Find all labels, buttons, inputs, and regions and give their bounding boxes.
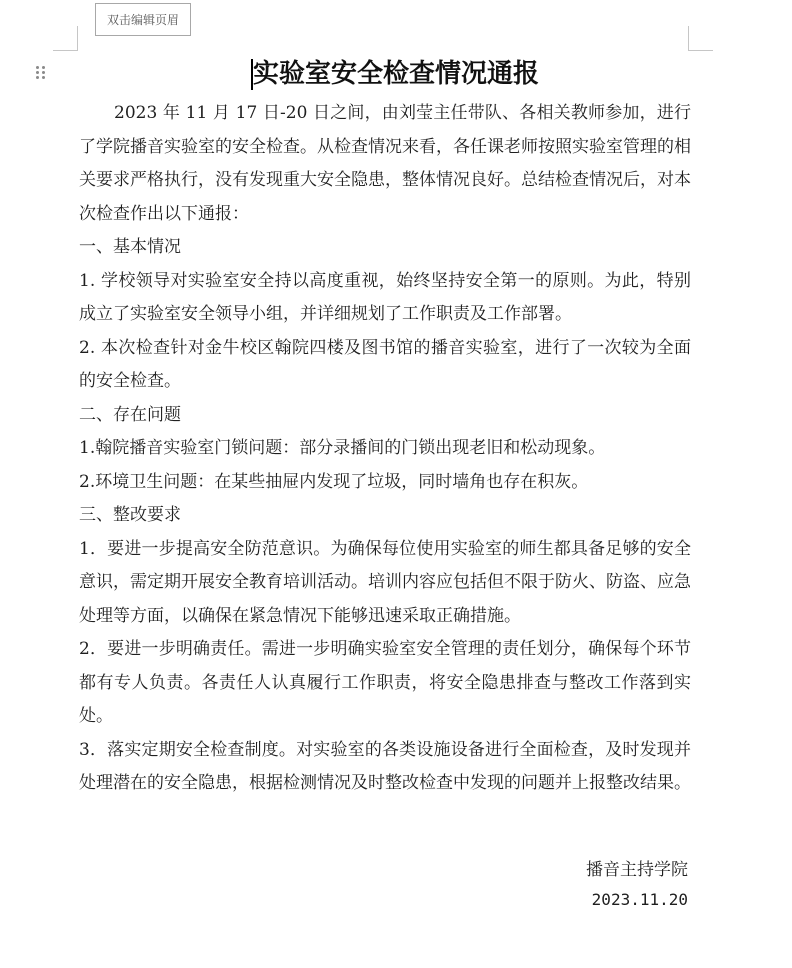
list-item[interactable]: 1.翰院播音实验室门锁问题：部分录播间的门锁出现老旧和松动现象。 [79,432,691,466]
margin-corner-top-left [53,26,78,51]
list-item[interactable]: 1．要进一步提高安全防范意识。为确保每位使用实验室的师生都具备足够的安全意识，需… [79,533,691,634]
signature-date[interactable]: 2023.11.20 [592,890,688,909]
edit-header-button[interactable]: 双击编辑页眉 [95,3,191,36]
section-heading[interactable]: 一、基本情况 [79,231,691,265]
margin-corner-top-right [688,26,713,51]
text-cursor [251,59,253,90]
list-item[interactable]: 1. 学校领导对实验室安全持以高度重视，始终坚持安全第一的原则。为此，特别成立了… [79,265,691,332]
document-title[interactable]: 实验室安全检查情况通报 [253,59,539,89]
document-title-line[interactable]: 实验室安全检查情况通报 [0,55,792,93]
document-body[interactable]: 2023 年 11 月 17 日-20 日之间，由刘莹主任带队、各相关教师参加，… [79,97,691,801]
intro-paragraph[interactable]: 2023 年 11 月 17 日-20 日之间，由刘莹主任带队、各相关教师参加，… [79,97,691,231]
list-item[interactable]: 2. 本次检查针对金牛校区翰院四楼及图书馆的播音实验室，进行了一次较为全面的安全… [79,332,691,399]
section-heading[interactable]: 二、存在问题 [79,399,691,433]
list-item[interactable]: 3．落实定期安全检查制度。对实验室的各类设施设备进行全面检查，及时发现并处理潜在… [79,734,691,801]
section-heading[interactable]: 三、整改要求 [79,499,691,533]
list-item[interactable]: 2.环境卫生问题：在某些抽屉内发现了垃圾，同时墙角也存在积灰。 [79,466,691,500]
list-item[interactable]: 2．要进一步明确责任。需进一步明确实验室安全管理的责任划分，确保每个环节都有专人… [79,633,691,734]
signature-organization[interactable]: 播音主持学院 [586,855,688,880]
